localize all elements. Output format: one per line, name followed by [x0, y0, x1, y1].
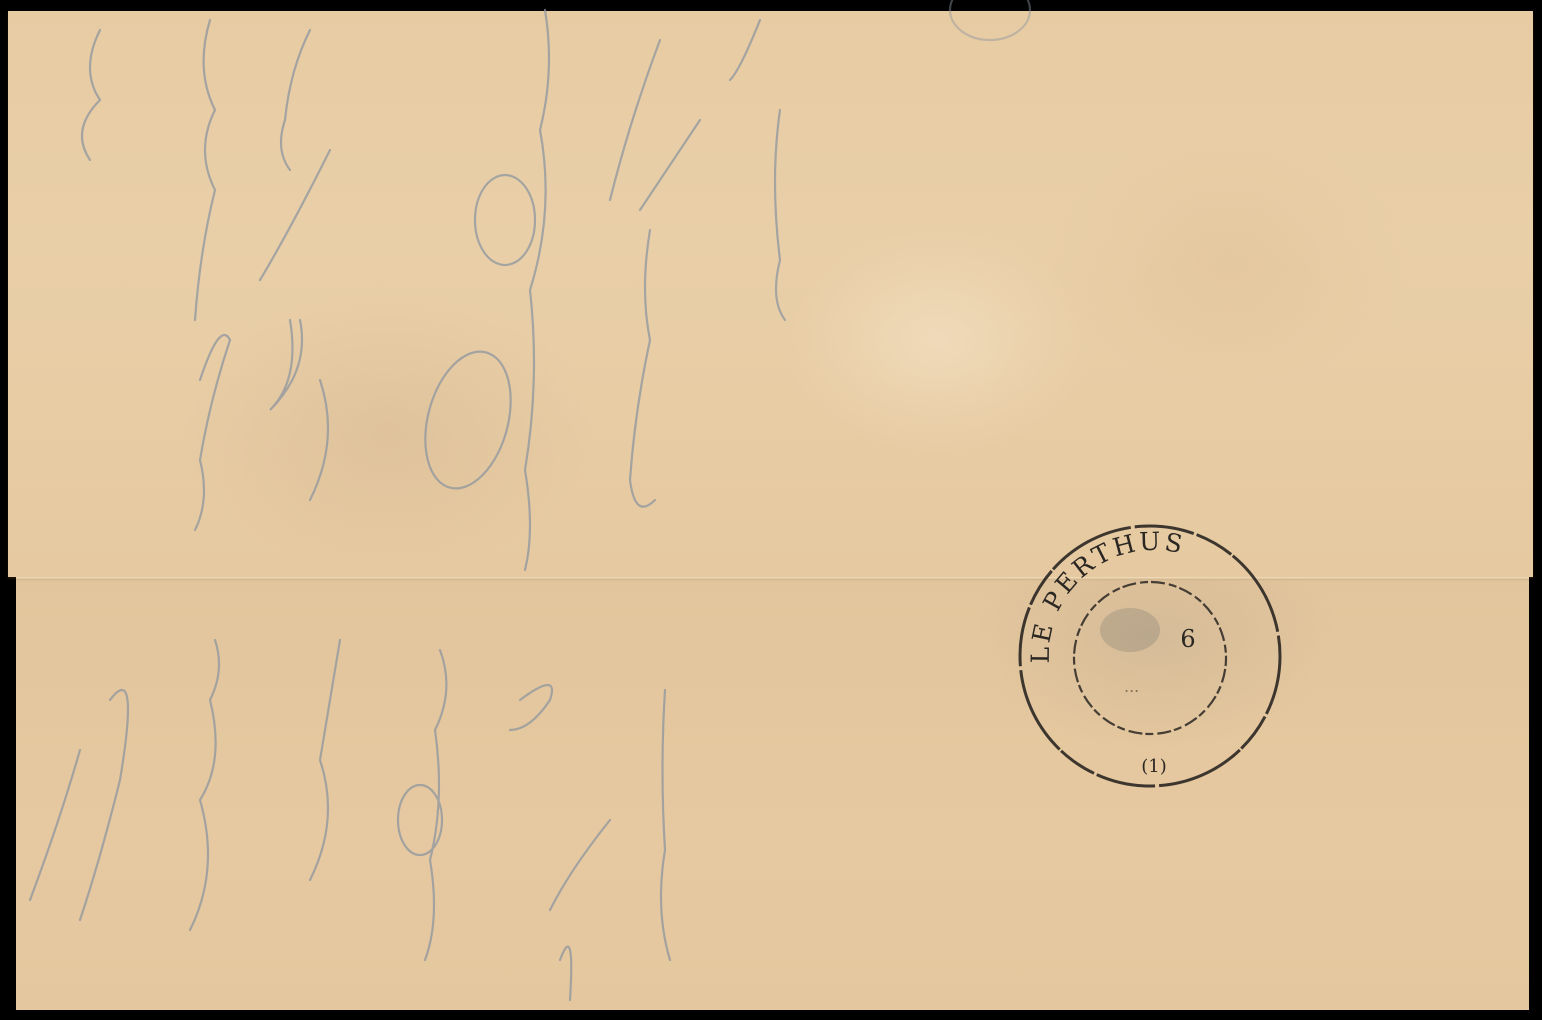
letter-bottom-panel [16, 578, 1529, 1010]
postmark-day: 9 [1180, 623, 1195, 651]
le-perthus-postmark: LE PERTHUS 9 ... (1) [1012, 520, 1288, 792]
fold-edge [16, 577, 1529, 580]
letter-top-flap [8, 11, 1533, 577]
postmark-month: ... [1124, 677, 1139, 696]
postmark-code: (1) [1141, 756, 1167, 777]
